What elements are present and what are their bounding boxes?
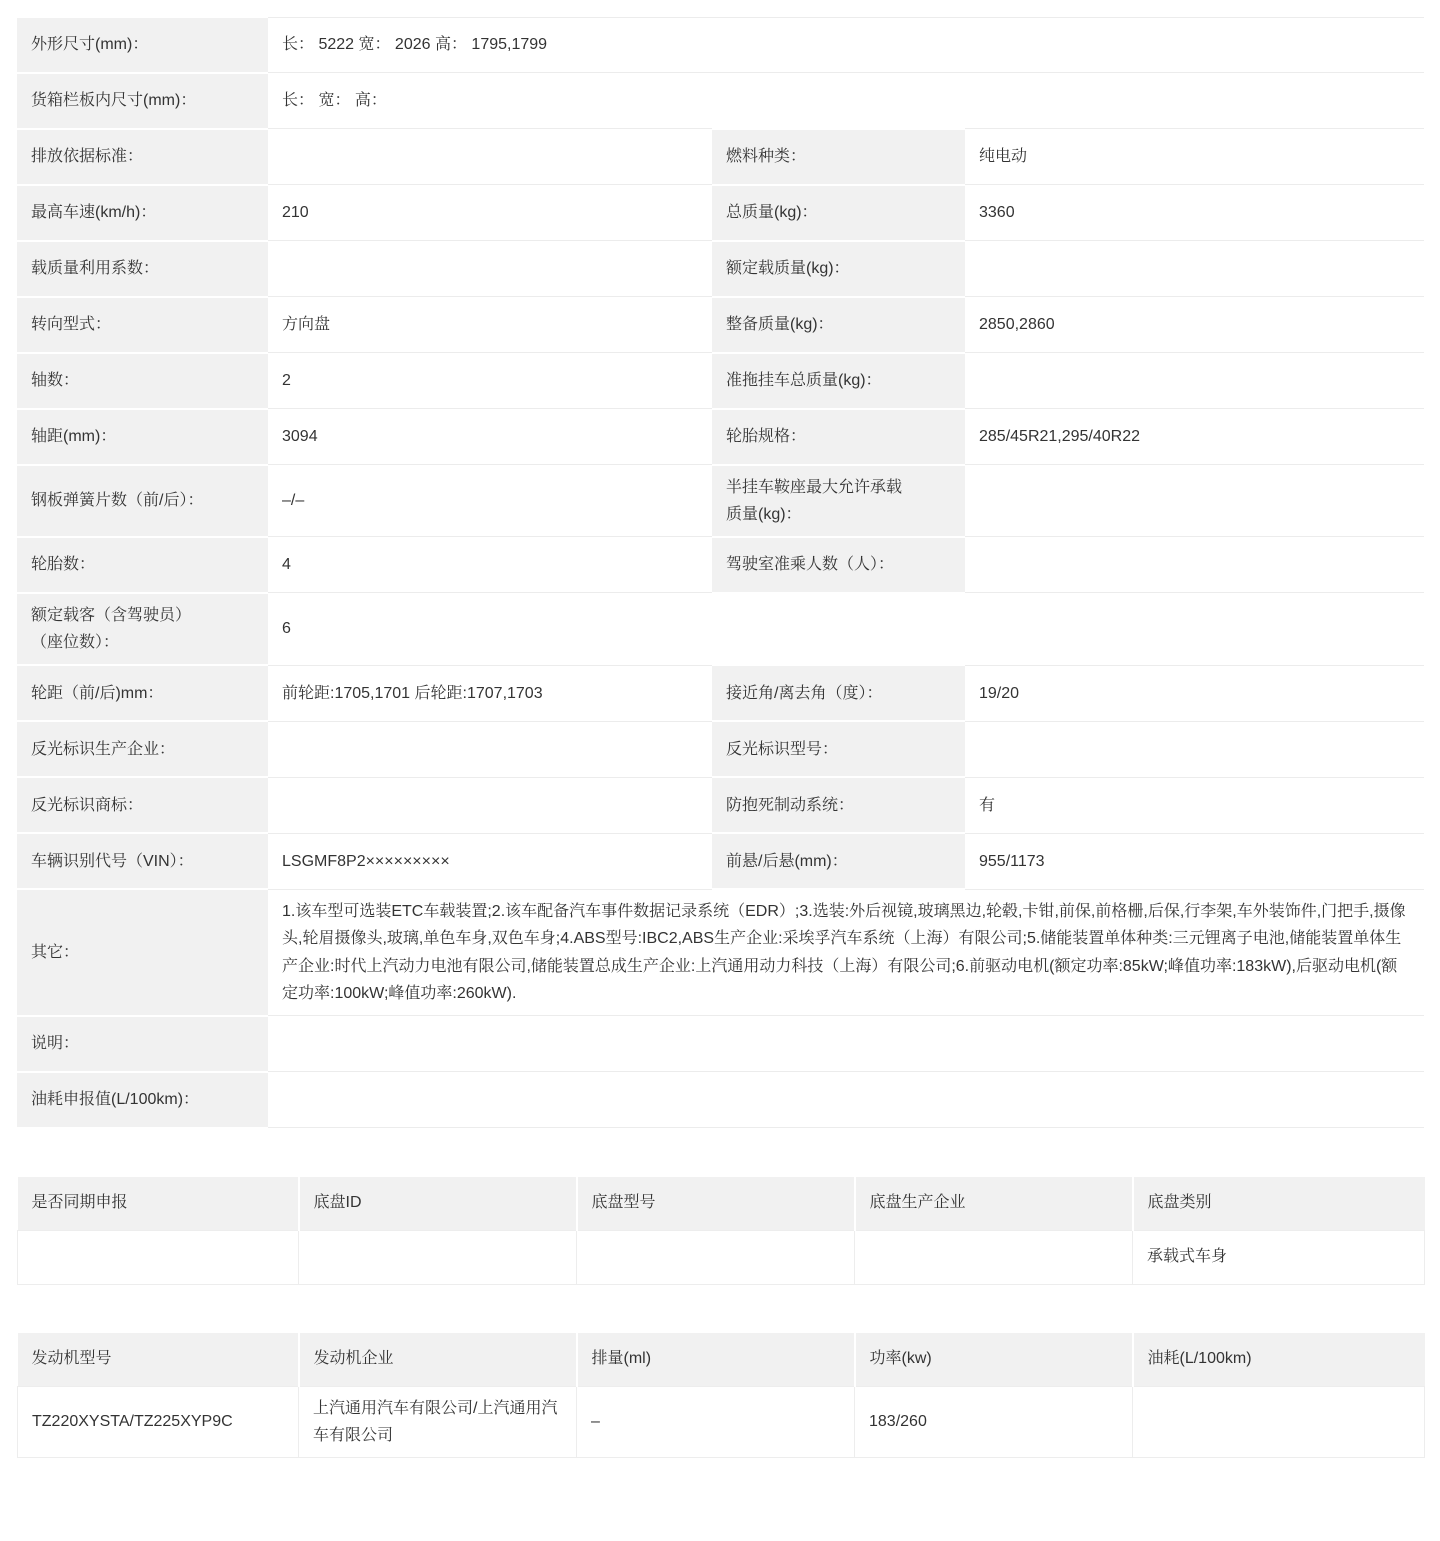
engine-table-head: 发动机型号发动机企业排量(ml)功率(kw)油耗(L/100km) — [18, 1333, 1425, 1387]
spec-row: 最高车速(km/h)：210总质量(kg)：3360 — [17, 185, 1424, 241]
spec-value-cell — [268, 241, 712, 297]
spec-value-cell: 2850,2860 — [965, 297, 1424, 353]
spec-label-cell: 前悬/后悬(mm)： — [712, 833, 965, 889]
spec-row: 钢板弹簧片数（前/后）：–/–半挂车鞍座最大允许承载 质量(kg)： — [17, 465, 1424, 537]
vehicle-spec-table: 外形尺寸(mm)：长： 5222 宽： 2026 高： 1795,1799货箱栏… — [17, 17, 1424, 1129]
chassis-cell — [18, 1230, 299, 1284]
engine-header-cell: 发动机企业 — [299, 1333, 577, 1387]
spec-row: 轮距（前/后)mm：前轮距:1705,1701 后轮距:1707,1703接近角… — [17, 665, 1424, 721]
engine-cell: TZ220XYSTA/TZ225XYP9C — [18, 1386, 299, 1457]
chassis-cell — [299, 1230, 577, 1284]
spec-value-cell — [268, 721, 712, 777]
chassis-cell: 承载式车身 — [1133, 1230, 1425, 1284]
spec-row: 轴距(mm)：3094轮胎规格：285/45R21,295/40R22 — [17, 409, 1424, 465]
vehicle-spec-table-body: 外形尺寸(mm)：长： 5222 宽： 2026 高： 1795,1799货箱栏… — [17, 18, 1424, 1128]
chassis-header-cell: 底盘型号 — [577, 1177, 855, 1231]
spec-row: 轮胎数：4驾驶室准乘人数（人）： — [17, 537, 1424, 593]
spec-value-cell: 210 — [268, 185, 712, 241]
chassis-header-cell: 底盘ID — [299, 1177, 577, 1231]
spec-label-cell: 轮胎规格： — [712, 409, 965, 465]
spec-row: 额定载客（含驾驶员） （座位数）：6 — [17, 593, 1424, 665]
engine-cell: 上汽通用汽车有限公司/上汽通用汽车有限公司 — [299, 1386, 577, 1457]
spec-label-cell: 外形尺寸(mm)： — [17, 18, 268, 73]
spec-value-cell: LSGMF8P2××××××××× — [268, 833, 712, 889]
spec-label-cell: 反光标识生产企业： — [17, 721, 268, 777]
spec-label-cell: 防抱死制动系统： — [712, 777, 965, 833]
chassis-header-cell: 底盘生产企业 — [855, 1177, 1133, 1231]
spec-label-cell: 钢板弹簧片数（前/后）： — [17, 465, 268, 537]
spec-value-cell: 有 — [965, 777, 1424, 833]
spec-label-cell: 油耗申报值(L/100km)： — [17, 1072, 268, 1128]
chassis-cell — [577, 1230, 855, 1284]
spec-value-cell: 前轮距:1705,1701 后轮距:1707,1703 — [268, 665, 712, 721]
spec-label-cell: 货箱栏板内尺寸(mm)： — [17, 73, 268, 129]
spec-value-cell — [965, 241, 1424, 297]
vehicle-spec-page: 外形尺寸(mm)：长： 5222 宽： 2026 高： 1795,1799货箱栏… — [0, 0, 1440, 1488]
engine-cell: – — [577, 1386, 855, 1457]
spec-row: 油耗申报值(L/100km)： — [17, 1072, 1424, 1128]
spec-value-cell — [268, 777, 712, 833]
spec-row: 转向型式：方向盘整备质量(kg)：2850,2860 — [17, 297, 1424, 353]
spec-label-cell: 最高车速(km/h)： — [17, 185, 268, 241]
engine-header-cell: 功率(kw) — [855, 1333, 1133, 1387]
spec-value-cell: –/– — [268, 465, 712, 537]
spec-label-cell: 其它： — [17, 889, 268, 1015]
spec-value-cell: 长： 宽： 高： — [268, 73, 1424, 129]
chassis-table-body: 承载式车身 — [18, 1230, 1425, 1284]
chassis-table: 是否同期申报底盘ID底盘型号底盘生产企业底盘类别 承载式车身 — [17, 1177, 1425, 1285]
chassis-header-row: 是否同期申报底盘ID底盘型号底盘生产企业底盘类别 — [18, 1177, 1425, 1231]
spec-label-cell: 说明： — [17, 1016, 268, 1072]
spec-value-cell — [268, 129, 712, 185]
chassis-row: 承载式车身 — [18, 1230, 1425, 1284]
chassis-header-cell: 是否同期申报 — [18, 1177, 299, 1231]
spec-label-cell: 反光标识商标： — [17, 777, 268, 833]
spec-value-cell: 1.该车型可选装ETC车载装置;2.该车配备汽车事件数据记录系统（EDR）;3.… — [268, 889, 1424, 1015]
spec-label-cell: 转向型式： — [17, 297, 268, 353]
spec-row: 载质量利用系数：额定载质量(kg)： — [17, 241, 1424, 297]
spec-value-cell — [965, 537, 1424, 593]
spec-label-cell: 接近角/离去角（度）： — [712, 665, 965, 721]
spec-row: 反光标识商标：防抱死制动系统：有 — [17, 777, 1424, 833]
spec-label-cell: 总质量(kg)： — [712, 185, 965, 241]
spec-value-cell: 2 — [268, 353, 712, 409]
spec-row: 外形尺寸(mm)：长： 5222 宽： 2026 高： 1795,1799 — [17, 18, 1424, 73]
engine-table: 发动机型号发动机企业排量(ml)功率(kw)油耗(L/100km) TZ220X… — [17, 1333, 1425, 1458]
chassis-header-cell: 底盘类别 — [1133, 1177, 1425, 1231]
spec-row: 反光标识生产企业：反光标识型号： — [17, 721, 1424, 777]
chassis-cell — [855, 1230, 1133, 1284]
spec-value-cell: 285/45R21,295/40R22 — [965, 409, 1424, 465]
spec-row: 其它：1.该车型可选装ETC车载装置;2.该车配备汽车事件数据记录系统（EDR）… — [17, 889, 1424, 1015]
spec-value-cell — [965, 721, 1424, 777]
engine-cell: 183/260 — [855, 1386, 1133, 1457]
engine-header-cell: 发动机型号 — [18, 1333, 299, 1387]
spec-value-cell — [268, 1072, 1424, 1128]
engine-header-cell: 排量(ml) — [577, 1333, 855, 1387]
spec-value-cell: 4 — [268, 537, 712, 593]
spec-value-cell: 长： 5222 宽： 2026 高： 1795,1799 — [268, 18, 1424, 73]
spec-label-cell: 反光标识型号： — [712, 721, 965, 777]
spec-value-cell: 3360 — [965, 185, 1424, 241]
spec-row: 轴数：2准拖挂车总质量(kg)： — [17, 353, 1424, 409]
spec-row: 排放依据标准：燃料种类：纯电动 — [17, 129, 1424, 185]
spec-label-cell: 轮胎数： — [17, 537, 268, 593]
spec-row: 车辆识别代号（VIN）：LSGMF8P2×××××××××前悬/后悬(mm)：9… — [17, 833, 1424, 889]
spec-value-cell: 6 — [268, 593, 1424, 665]
spec-label-cell: 准拖挂车总质量(kg)： — [712, 353, 965, 409]
spec-label-cell: 半挂车鞍座最大允许承载 质量(kg)： — [712, 465, 965, 537]
spec-label-cell: 驾驶室准乘人数（人）： — [712, 537, 965, 593]
spec-row: 货箱栏板内尺寸(mm)：长： 宽： 高： — [17, 73, 1424, 129]
chassis-table-head: 是否同期申报底盘ID底盘型号底盘生产企业底盘类别 — [18, 1177, 1425, 1231]
spec-label-cell: 额定载客（含驾驶员） （座位数）： — [17, 593, 268, 665]
engine-cell — [1133, 1386, 1425, 1457]
spec-label-cell: 额定载质量(kg)： — [712, 241, 965, 297]
engine-header-cell: 油耗(L/100km) — [1133, 1333, 1425, 1387]
spec-value-cell — [268, 1016, 1424, 1072]
spec-label-cell: 整备质量(kg)： — [712, 297, 965, 353]
spec-value-cell: 955/1173 — [965, 833, 1424, 889]
spec-value-cell: 3094 — [268, 409, 712, 465]
spec-row: 说明： — [17, 1016, 1424, 1072]
spec-label-cell: 轮距（前/后)mm： — [17, 665, 268, 721]
spec-label-cell: 车辆识别代号（VIN）： — [17, 833, 268, 889]
spec-label-cell: 排放依据标准： — [17, 129, 268, 185]
spec-value-cell: 纯电动 — [965, 129, 1424, 185]
engine-header-row: 发动机型号发动机企业排量(ml)功率(kw)油耗(L/100km) — [18, 1333, 1425, 1387]
spec-value-cell: 方向盘 — [268, 297, 712, 353]
spec-value-cell — [965, 353, 1424, 409]
spec-label-cell: 载质量利用系数： — [17, 241, 268, 297]
spec-value-cell — [965, 465, 1424, 537]
spec-label-cell: 轴数： — [17, 353, 268, 409]
spec-label-cell: 轴距(mm)： — [17, 409, 268, 465]
engine-table-body: TZ220XYSTA/TZ225XYP9C上汽通用汽车有限公司/上汽通用汽车有限… — [18, 1386, 1425, 1457]
engine-row: TZ220XYSTA/TZ225XYP9C上汽通用汽车有限公司/上汽通用汽车有限… — [18, 1386, 1425, 1457]
spec-value-cell: 19/20 — [965, 665, 1424, 721]
spec-label-cell: 燃料种类： — [712, 129, 965, 185]
